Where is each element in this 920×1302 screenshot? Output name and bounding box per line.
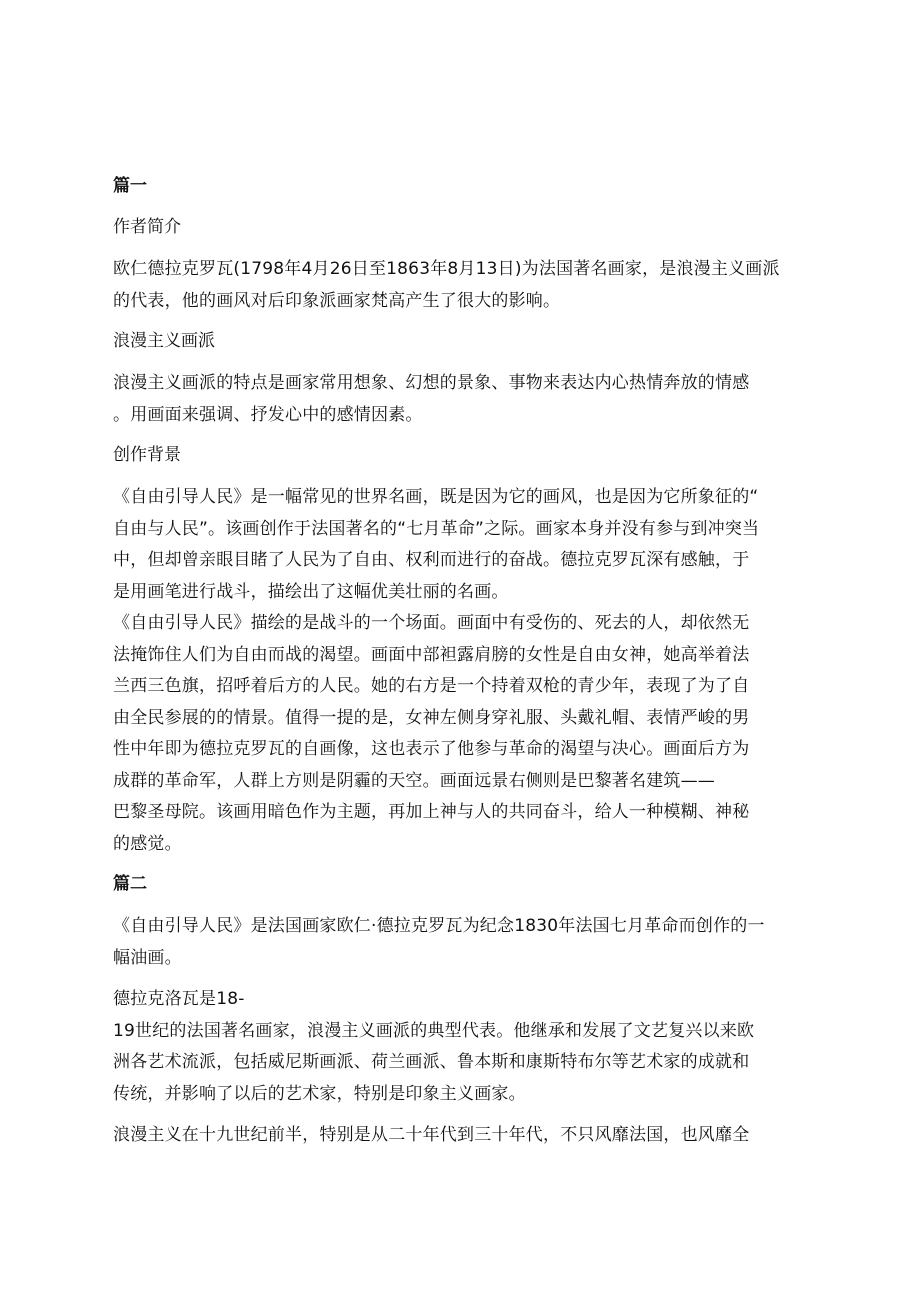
- paragraph-painting-intro: 《自由引导人民》是法国画家欧仁·德拉克罗瓦为纪念1830年法国七月革命而创作的一…: [113, 911, 813, 974]
- text-line: 自由与人民”。该画创作于法国著名的“七月革命”之际。画家本身并没有参与到冲突当: [113, 514, 813, 546]
- paragraph-background: 《自由引导人民》是一幅常见的世界名画，既是因为它的画风，也是因为它所象征的“ 自…: [113, 482, 813, 608]
- text-line: 由全民参展的的情景。值得一提的是，女神左侧身穿礼服、头戴礼帽、表情严峻的男: [113, 703, 813, 735]
- text-line: 德拉克洛瓦是18-: [113, 984, 813, 1016]
- text-line: 传统，并影响了以后的艺术家，特别是印象主义画家。: [113, 1079, 813, 1111]
- text-line: 法掩饰住人们为自由而战的渴望。画面中部袒露肩膀的女性是自由女神，她高举着法: [113, 640, 813, 672]
- text-line: 性中年即为德拉克罗瓦的自画像，这也表示了他参与革命的渴望与决心。画面后方为: [113, 734, 813, 766]
- text-line: 浪漫主义画派的特点是画家常用想象、幻想的景象、事物来表达内心热情奔放的情感: [113, 368, 813, 400]
- text-line: 洲各艺术流派，包括威尼斯画派、荷兰画派、鲁本斯和康斯特布尔等艺术家的成就和: [113, 1047, 813, 1079]
- text-line: 《自由引导人民》描绘的是战斗的一个场面。画面中有受伤的、死去的人，却依然无: [113, 608, 813, 640]
- text-line: 中，但却曾亲眼目睹了人民为了自由、权利而进行的奋战。德拉克罗瓦深有感触，于: [113, 545, 813, 577]
- text-line: 是用画笔进行战斗，描绘出了这幅优美壮丽的名画。: [113, 577, 813, 609]
- text-line: 的代表，他的画风对后印象派画家梵高产生了很大的影响。: [113, 286, 813, 318]
- section-heading-1: 篇一: [113, 172, 813, 200]
- subhead-author-intro: 作者简介: [113, 213, 813, 241]
- text-line: 浪漫主义在十九世纪前半，特别是从二十年代到三十年代，不只风靡法国，也风靡全: [113, 1120, 813, 1152]
- paragraph-painting-description: 《自由引导人民》描绘的是战斗的一个场面。画面中有受伤的、死去的人，却依然无 法掩…: [113, 608, 813, 860]
- paragraph-romanticism: 浪漫主义画派的特点是画家常用想象、幻想的景象、事物来表达内心热情奔放的情感 。用…: [113, 368, 813, 431]
- text-line: 欧仁德拉克罗瓦(1798年4月26日至1863年8月13日)为法国著名画家，是浪…: [113, 254, 813, 286]
- text-line: 成群的革命军，人群上方则是阴霾的天空。画面远景右侧则是巴黎著名建筑——: [113, 766, 813, 798]
- paragraph-romanticism-spread: 浪漫主义在十九世纪前半，特别是从二十年代到三十年代，不只风靡法国，也风靡全: [113, 1120, 813, 1152]
- text-line: 巴黎圣母院。该画用暗色作为主题，再加上神与人的共同奋斗，给人一种模糊、神秘: [113, 797, 813, 829]
- text-line: 的感觉。: [113, 829, 813, 861]
- paragraph-author-bio: 欧仁德拉克罗瓦(1798年4月26日至1863年8月13日)为法国著名画家，是浪…: [113, 254, 813, 317]
- text-line: 19世纪的法国著名画家，浪漫主义画派的典型代表。他继承和发展了文艺复兴以来欧: [113, 1016, 813, 1048]
- text-line: 。用画面来强调、抒发心中的感情因素。: [113, 400, 813, 432]
- section-heading-2: 篇二: [113, 870, 813, 898]
- subhead-romanticism: 浪漫主义画派: [113, 327, 813, 355]
- paragraph-delacroix: 德拉克洛瓦是18- 19世纪的法国著名画家，浪漫主义画派的典型代表。他继承和发展…: [113, 984, 813, 1110]
- subhead-background: 创作背景: [113, 441, 813, 469]
- text-line: 《自由引导人民》是法国画家欧仁·德拉克罗瓦为纪念1830年法国七月革命而创作的一: [113, 911, 813, 943]
- text-line: 幅油画。: [113, 943, 813, 975]
- text-line: 《自由引导人民》是一幅常见的世界名画，既是因为它的画风，也是因为它所象征的“: [113, 482, 813, 514]
- text-line: 兰西三色旗，招呼着后方的人民。她的右方是一个持着双枪的青少年，表现了为了自: [113, 671, 813, 703]
- document-page: 篇一 作者简介 欧仁德拉克罗瓦(1798年4月26日至1863年8月13日)为法…: [113, 172, 813, 1162]
